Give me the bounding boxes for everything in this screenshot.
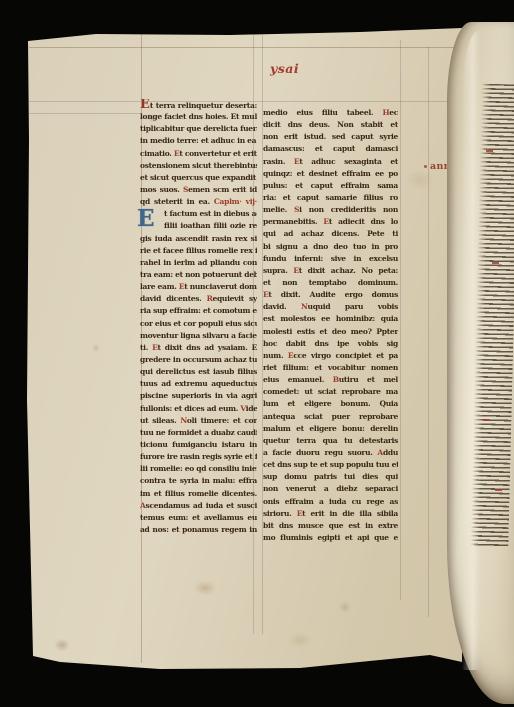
body-text: tiplicabitur que derelicta fuerat (140, 124, 257, 133)
body-text: non erit istud. sed caput syrie (263, 132, 398, 141)
text-line: tra eam: et non potuerunt debel (140, 269, 257, 281)
text-line: ria sup effraim: et comotum est (140, 305, 257, 317)
body-text: rahel in ierlm ad pliandu con (140, 258, 257, 267)
text-line: ut sileas. Noli timere: et cor (140, 415, 257, 427)
text-line: malum et eligere bonu: derelin (263, 423, 398, 435)
text-line: permanebitis. Et adiecit dns lo (263, 216, 398, 228)
text-line: est molestos ee hominibz: quia (263, 313, 398, 325)
text-line: hoc dabit dns ipe vobis sig (263, 338, 398, 350)
body-text: rasin. (263, 157, 294, 166)
body-text: cor eius et cor populi eius sicut (140, 319, 257, 328)
text-line: sirioru. Et erit in die illa sibila (263, 508, 398, 520)
body-text: eius emanuel. (263, 375, 333, 384)
body-text: moventur ligna silvaru a facie ve (140, 331, 257, 340)
text-line: non erit istud. sed caput syrie (263, 131, 398, 143)
text-line: bit dns musce que est in extre (263, 520, 398, 532)
body-text: t convertetur et erit in (179, 149, 257, 158)
text-line: supra. Et dixit achaz. No peta: (263, 265, 398, 277)
text-line: qui derelictus est iasub filius (140, 366, 257, 378)
text-line: riet filium: et vocabitur nomen (263, 362, 398, 374)
text-line: t factum est in diebus achaz (140, 208, 257, 220)
body-text: t erit in die illa sibila (302, 509, 398, 518)
rubricated-text: Caplm· vij· (214, 197, 257, 206)
ruling-line-horizontal (29, 47, 457, 48)
body-text: in medio terre: et adhuc in ea de (140, 136, 257, 145)
body-text: furore ire rasin regis syrie et fi (140, 452, 257, 461)
text-line: lii romelie: eo qd consiliu inier (140, 463, 257, 475)
text-line: qd steterit in ea. Caplm· vij· (140, 196, 257, 208)
text-line: tuu ne formidet a duabz caudis (140, 427, 257, 439)
text-line: medio eius filiu tabeel. Hec (263, 107, 398, 119)
body-text: cce virgo concipiet et pa (293, 351, 398, 360)
body-text: onis effraim a iuda cu rege as (263, 497, 398, 506)
rubricated-text: E (140, 99, 150, 111)
body-text: ria: et caput samarie filius ro (263, 193, 398, 202)
body-text: ddu (383, 448, 398, 457)
text-line: longe faciet dns hoies. Et mul (140, 111, 257, 123)
body-text: emen scm erit id (188, 185, 257, 194)
body-text: quetur terra qua tu detestaris (263, 436, 398, 445)
body-text: molesti estis et deo meo? Ppter (263, 327, 398, 336)
body-text: ad nos: et ponamus regem in (140, 525, 257, 534)
body-text: a facie duoru regu suoru. (263, 448, 377, 457)
body-text: lum et eligere bonum. Quia (263, 399, 398, 408)
text-line: gredere in occursum achaz tu et (140, 354, 257, 366)
body-text: gis iuda ascendit rasin rex si (140, 234, 257, 243)
text-line: fullonis: et dices ad eum. Vide (140, 403, 257, 415)
body-text: rie et facee filius romelie rex is (140, 246, 257, 255)
column-left: Et terra relinquetur deserta:longe facie… (140, 99, 257, 536)
body-text: t dixit achaz. No peta: (299, 266, 398, 275)
text-line: Ascendamus ad iuda et susci (140, 500, 257, 512)
body-text: est molestos ee hominibz: quia (263, 314, 398, 323)
body-text: qui ad achaz dicens. Pete ti (263, 229, 398, 238)
text-line: quetur terra qua tu detestaris (263, 435, 398, 447)
text-line: gis iuda ascendit rasin rex si (140, 233, 257, 245)
body-text: mos suos. (140, 185, 183, 194)
text-line: a facie duoru regu suoru. Addu (263, 447, 398, 459)
body-text: t dixit dns ad ysaiam. E (158, 343, 257, 352)
body-text: non venerut a diebz separaci (263, 484, 398, 493)
text-line: Et dixit. Audite ergo domus (263, 289, 398, 301)
manuscript-page: ysai Et terra relinquetur deserta:longe … (0, 0, 514, 707)
body-text: equievit sy (213, 294, 257, 303)
body-text: antequa sciat puer reprobare (263, 412, 398, 421)
ruling-line-horizontal (29, 113, 141, 114)
body-text: ticionu fumiganciu istaru in (140, 440, 257, 449)
body-text: damascus: et caput damasci (263, 144, 398, 153)
body-text: et sicut quercus que expandit ra (140, 173, 257, 182)
text-line: et sicut quercus que expandit ra (140, 172, 257, 184)
text-line: damascus: et caput damasci (263, 143, 398, 155)
body-text: ria sup effraim: et comotum est (140, 306, 257, 315)
body-text: scendamus ad iuda et susci (146, 501, 257, 510)
body-text: ti. (140, 343, 152, 352)
body-text: num. (263, 351, 288, 360)
text-line: in medio terre: et adhuc in ea de (140, 135, 257, 147)
rubric-mark (486, 150, 493, 152)
body-text: utiru et mel (339, 375, 398, 384)
body-text: ostensionem sicut therebintus: (140, 161, 257, 170)
text-line: qui ad achaz dicens. Pete ti (263, 228, 398, 240)
text-line: non venerut a diebz separaci (263, 483, 398, 495)
text-line: rahel in ierlm ad pliandu con (140, 257, 257, 269)
text-line: mos suos. Semen scm erit id (140, 184, 257, 196)
text-line: eius emanuel. Butiru et mel (263, 374, 398, 386)
text-line: filii ioathan filii ozie re (140, 220, 257, 232)
body-text: dicit dns deus. Non stabit et (263, 120, 398, 129)
text-line: mo fluminis egipti et api que e (263, 532, 398, 544)
body-text: hoc dabit dns ipe vobis sig (263, 339, 398, 348)
text-line: furore ire rasin regis syrie et fi (140, 451, 257, 463)
body-text: tuus ad extremu aqueductus (140, 379, 257, 388)
body-text: t adiecit dns lo (329, 217, 398, 226)
running-title: ysai (270, 61, 299, 76)
body-text: ut sileas. (140, 416, 180, 425)
text-line: ad nos: et ponamus regem in (140, 524, 257, 536)
body-text: supra. (263, 266, 293, 275)
text-line: comedet: ut sciat reprobare ma (263, 386, 398, 398)
text-line: tuus ad extremu aqueductus (140, 378, 257, 390)
body-text: ec (389, 108, 398, 117)
ruling-line-vertical (428, 47, 429, 617)
rubric-mark (495, 489, 502, 491)
body-text: contra te syria in malu: effra (140, 476, 257, 485)
body-text: melie. (263, 205, 294, 214)
body-text: malum et eligere bonu: derelin (263, 424, 398, 433)
text-line: piscine superioris in via agri (140, 390, 257, 402)
body-text: lare eam. (140, 282, 179, 291)
body-text: t factum est in diebus achaz (164, 209, 257, 218)
body-text: t nunciaverut domui (184, 282, 257, 291)
text-line: lum et eligere bonum. Quia (263, 398, 398, 410)
text-line: ria: et caput samarie filius ro (263, 192, 398, 204)
body-text: pulus: et caput effraim sama (263, 181, 398, 190)
rubric-mark (483, 419, 490, 421)
text-line: tiplicabitur que derelicta fuerat (140, 123, 257, 135)
body-text: t terra relinquetur deserta: (150, 101, 257, 110)
text-line: temus eum: et avellamus eu (140, 512, 257, 524)
rubric-mark (492, 262, 499, 264)
body-text: sirioru. (263, 509, 297, 518)
body-text: im et filius romelie dicentes. (140, 489, 257, 498)
body-text: filii ioathan filii ozie re (164, 221, 257, 230)
text-line: im et filius romelie dicentes. (140, 488, 257, 500)
column-right: medio eius filiu tabeel. Hecdicit dns de… (263, 107, 398, 544)
body-text: david dicentes. (140, 294, 207, 303)
text-line: rasin. Et adhuc sexaginta et (263, 156, 398, 168)
ruling-line-vertical (400, 40, 401, 600)
text-line: quinqz: et desinet effraim ee po (263, 168, 398, 180)
body-text: t dixit. Audite ergo domus (268, 290, 398, 299)
text-line: bi signu a dno deo tuo in pro (263, 241, 398, 253)
text-line: fundu inferni: sive in excelsu (263, 253, 398, 265)
body-text: t adhuc sexaginta et (299, 157, 398, 166)
text-line: contra te syria in malu: effra (140, 475, 257, 487)
text-line: et non temptabo dominum. (263, 277, 398, 289)
body-text: comedet: ut sciat reprobare ma (263, 387, 398, 396)
margin-note-mark (424, 165, 427, 168)
body-text: riet filium: et vocabitur nomen (263, 363, 398, 372)
body-text: permanebitis. (263, 217, 323, 226)
body-text: bit dns musce que est in extre (263, 521, 398, 530)
text-line: num. Ecce virgo concipiet et pa (263, 350, 398, 362)
text-line: ostensionem sicut therebintus: (140, 160, 257, 172)
text-line: cet dns sup te et sup populu tuu et (263, 459, 398, 471)
text-line: ticionu fumiganciu istaru in (140, 439, 257, 451)
body-text: david. (263, 302, 301, 311)
body-text: tuu ne formidet a duabz caudis (140, 428, 257, 437)
body-text: ide (246, 404, 257, 413)
text-line: david dicentes. Requievit sy (140, 293, 257, 305)
body-text: et non temptabo dominum. (263, 278, 398, 287)
text-line: Et terra relinquetur deserta: (140, 99, 257, 111)
illuminated-initial: E (137, 206, 155, 231)
body-text: longe faciet dns hoies. Et mul (140, 112, 257, 121)
text-line: cimatio. Et convertetur et erit in (140, 148, 257, 160)
text-line: melie. Si non credideritis non (263, 204, 398, 216)
text-line: cor eius et cor populi eius sicut (140, 318, 257, 330)
body-text: mo fluminis egipti et api que e (263, 533, 398, 542)
text-line: rie et facee filius romelie rex is (140, 245, 257, 257)
text-line: dicit dns deus. Non stabit et (263, 119, 398, 131)
text-line: antequa sciat puer reprobare (263, 411, 398, 423)
body-text: bi signu a dno deo tuo in pro (263, 242, 398, 251)
body-text: quinqz: et desinet effraim ee po (263, 169, 398, 178)
text-line: onis effraim a iuda cu rege as (263, 496, 398, 508)
body-text: cet dns sup te et sup populu tuu et (263, 460, 398, 469)
body-text: cimatio. (140, 149, 174, 158)
body-text: uquid paru vobis (308, 302, 398, 311)
text-line: sup domu patris tui dies qui (263, 471, 398, 483)
body-text: gredere in occursum achaz tu et (140, 355, 257, 364)
body-text: i non credideritis non (299, 205, 398, 214)
body-text: medio eius filiu tabeel. (263, 108, 382, 117)
text-line: moventur ligna silvaru a facie ve (140, 330, 257, 342)
text-line: pulus: et caput effraim sama (263, 180, 398, 192)
text-line: lare eam. Et nunciaverut domui (140, 281, 257, 293)
body-text: fundu inferni: sive in excelsu (263, 254, 398, 263)
text-line: david. Nuquid paru vobis (263, 301, 398, 313)
text-line: molesti estis et deo meo? Ppter (263, 326, 398, 338)
body-text: qui derelictus est iasub filius (140, 367, 257, 376)
text-line: ti. Et dixit dns ad ysaiam. E (140, 342, 257, 354)
body-text: sup domu patris tui dies qui (263, 472, 398, 481)
body-text: piscine superioris in via agri (140, 391, 257, 400)
body-text: oli timere: et cor (187, 416, 257, 425)
body-text: temus eum: et avellamus eu (140, 513, 257, 522)
body-text: lii romelie: eo qd consiliu inier (140, 464, 257, 473)
body-text: fullonis: et dices ad eum. (140, 404, 240, 413)
body-text: tra eam: et non potuerunt debel (140, 270, 257, 279)
